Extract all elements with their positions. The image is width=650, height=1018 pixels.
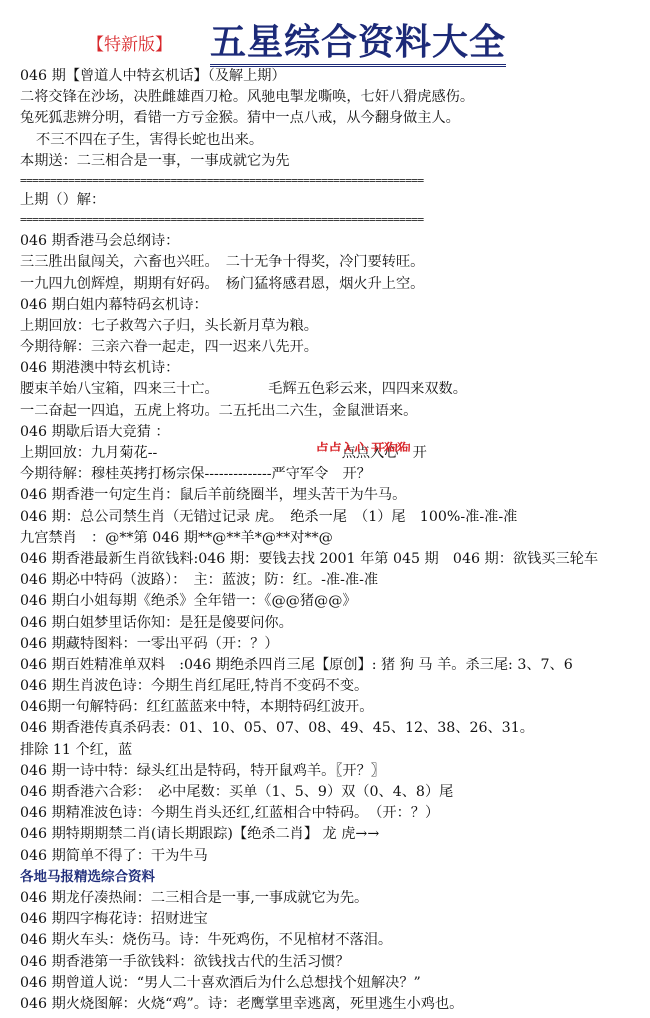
info-line: 九宫禁肖 ：@**第 046 期**@**羊*@**对**@ (20, 528, 645, 549)
info-line: 046 期四字梅花诗：招财进宝 (20, 909, 645, 930)
section-title: 046 期港澳中特玄机诗： (20, 358, 645, 379)
poem-line: 三三胜出鼠闯关，六畜也兴旺。 二十无争十得奖，冷门要转旺。 (20, 252, 645, 273)
info-line: 046 期白小姐每期《绝杀》全年错一：《@@猪@@》 (20, 591, 645, 612)
poem-line: 上期回放：七子救驾六子归，头长新月草为粮。 (20, 316, 645, 337)
riddle-last-line: 上期回放：九月菊花-- 点点入心 开 点点入心 开狗狗 (20, 443, 645, 464)
section-title: 046 期香港马会总纲诗： (20, 231, 645, 252)
gift-line: 本期送：二三相合是一事，一事成就它为先 (20, 151, 645, 172)
edition-badge: 【特新版】 (87, 30, 172, 55)
info-line: 046 期藏特图料：一零出平码（开：？） (20, 634, 645, 655)
separator: ========================================… (20, 211, 645, 229)
section-title: 046 期歇后语大竞猜 ： (20, 422, 645, 443)
info-line: 046 期香港一句定生肖：鼠后羊前绕圈半，埋头苦干为牛马。 (20, 485, 645, 506)
page-header: 【特新版】 五星综合资料大全 (0, 22, 650, 72)
page-title: 五星综合资料大全 (210, 20, 506, 67)
poem-line: 一九四九创辉煌，期期有好码。 杨门猛将感君恩，烟火升上空。 (20, 274, 645, 295)
info-line: 046 期特期期禁二肖(请长期跟踪)【绝杀二肖】 龙 虎→→ (20, 824, 645, 845)
info-line: 046 期曾道人说：“男人二十喜欢酒后为什么总想找个妞解决？” (20, 973, 645, 994)
info-line: 046 期百姓精准单双料 :046 期绝杀四肖三尾【原创】: 猪 狗 马 羊。杀… (20, 655, 645, 676)
info-line: 046 期：总公司禁生肖（无错过记录 虎。 绝杀一尾 （1）尾 100%-准-准… (20, 507, 645, 528)
info-line: 046 期火车头：烧伤马。诗：牛死鸡伤，不见棺材不落泪。 (20, 930, 645, 951)
info-line: 排除 11 个红，蓝 (20, 740, 645, 761)
info-line: 046 期生肖波色诗：今期生肖红尾旺,特肖不变码不变。 (20, 676, 645, 697)
info-line: 046 期香港传真杀码表：01、10、05、07、08、49、45、12、38、… (20, 718, 645, 739)
section-heading: 各地马报精选综合资料 (20, 867, 645, 888)
info-line: 046 期必中特码（波路）： 主：蓝波；防：红。-准-准-准 (20, 570, 645, 591)
info-line: 046 期龙仔凑热闹：二三相合是一事,一事成就它为先。 (20, 888, 645, 909)
separator: ========================================… (20, 172, 645, 190)
info-line: 046 期精准波色诗：今期生肖头还红,红蓝相合中特码。 （开：？） (20, 803, 645, 824)
info-line: 046 期简单不得了：干为牛马 (20, 846, 645, 867)
riddle-current-line: 今期待解：穆桂英拷打杨宗保--------------严守军令 开？ (20, 464, 645, 485)
info-line: 046 期香港最新生肖欲钱料:046 期：要钱去找 2001 年第 045 期 … (20, 549, 645, 570)
info-line: 046 期香港六合彩： 必中尾数：买单（1、5、9）双（0、4、8）尾 (20, 782, 645, 803)
info-line: 046 期火烧图解：火烧“鸡”。诗：老鹰掌里幸逃离，死里逃生小鸡也。 (20, 994, 645, 1015)
poem-line: 一二奋起一四追，五虎上将功。二五托出二六生，金鼠泄语来。 (20, 401, 645, 422)
last-period-answer: 上期（）解： (20, 190, 645, 211)
info-line: 046 期白姐梦里话你知：是狂是傻要问你。 (20, 613, 645, 634)
poem-line: 二将交锋在沙场，决胜雌雄酉刀枪。风驰电掣龙嘶唤，七奸八猾虎感伤。 (20, 87, 645, 108)
section-title: 046 期白姐内幕特码玄机诗： (20, 295, 645, 316)
document-body: 046 期【曾道人中特玄机话】（及解上期） 二将交锋在沙场，决胜雌雄酉刀枪。风驰… (20, 66, 645, 1015)
section-title: 046 期【曾道人中特玄机话】（及解上期） (20, 66, 645, 87)
info-line: 046 期香港第一手欲钱料：欲钱找古代的生活习惯？ (20, 952, 645, 973)
info-line: 046期一句解特码：红红蓝蓝来中特，本期特码红波开。 (20, 697, 645, 718)
poem-line: 兔死狐悲辨分明，看错一方亏金猴。猜中一点八戒，从今翻身做主人。 (20, 108, 645, 129)
poem-line: 今期待解：三亲六眷一起走，四一迟来八先开。 (20, 337, 645, 358)
info-line: 046 期一诗中特：绿头红出是特码，特开鼠鸡羊。〖开？〗 (20, 761, 645, 782)
poem-line: 腰束羊始八宝箱，四来三十亡。 毛辉五色彩云来，四四来双数。 (20, 379, 645, 400)
poem-line: 不三不四在子生，害得长蛇也出来。 (20, 130, 645, 151)
